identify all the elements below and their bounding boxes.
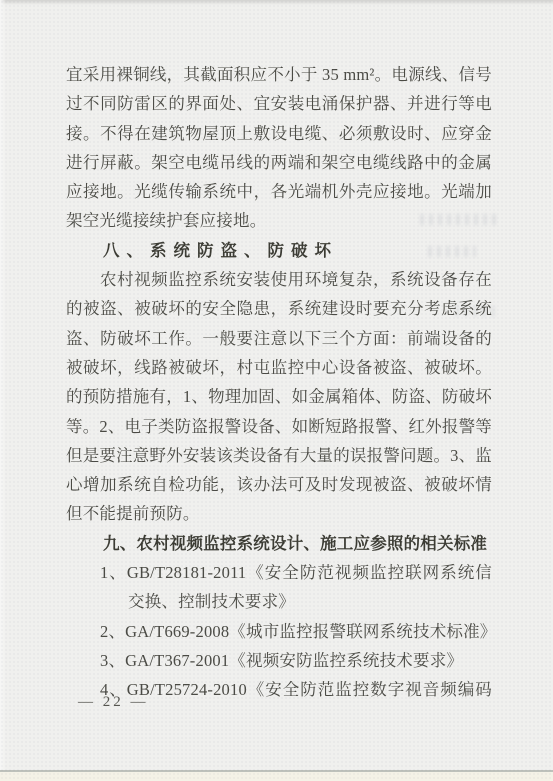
document-body: 宜采用裸铜线，其截面积应不小于 35 mm²。电源线、信号线经 过不同防雷区的界…: [66, 60, 492, 705]
text-line: 的预防措施有，1、物理加固、如金属箱体、防盗、防破坏锁具: [66, 382, 492, 411]
text-line: 但是要注意野外安装该类设备有大量的误报警问题。3、监控中: [66, 441, 492, 470]
text-line: 过不同防雷区的界面处、宜安装电涌保护器、并进行等电位连: [66, 89, 492, 118]
section-heading-8: 八、系统防盗、防破坏: [66, 236, 492, 265]
standards-list-item: 1、GB/T28181-2011《安全防范视频监控联网系统信息传输、: [66, 558, 492, 587]
standards-list: 1、GB/T28181-2011《安全防范视频监控联网系统信息传输、 交换、控制…: [66, 558, 492, 704]
text-line: 架空光缆接续护套应接地。: [66, 206, 492, 235]
scan-left-edge: [0, 0, 6, 781]
page-number: — 22 —: [78, 694, 149, 711]
text-line: 的被盗、被破坏的安全隐患，系统建设时要充分考虑系统的防: [66, 294, 492, 323]
section-heading-9: 九、农村视频监控系统设计、施工应参照的相关标准: [66, 529, 492, 558]
standards-list-item-continuation: 交换、控制技术要求》: [66, 587, 492, 616]
text-line: 农村视频监控系统安装使用环境复杂，系统设备存在一定: [66, 265, 492, 294]
scan-top-edge: [0, 0, 553, 5]
text-line: 等。2、电子类防盗报警设备、如断短路报警、红外报警等设备、: [66, 412, 492, 441]
paragraph-grounding: 宜采用裸铜线，其截面积应不小于 35 mm²。电源线、信号线经 过不同防雷区的界…: [66, 60, 492, 236]
text-line: 应接地。光缆传输系统中，各光端机外壳应接地。光端加强芯、: [66, 177, 492, 206]
standards-list-item: 3、GA/T367-2001《视频安防监控系统技术要求》: [66, 646, 492, 675]
text-line: 被破坏，线路被破坏，村屯监控中心设备被盗、被破坏。采用: [66, 353, 492, 382]
text-line: 接。不得在建筑物屋顶上敷设电缆、必须敷设时、应穿金属管: [66, 119, 492, 148]
text-line: 但不能提前预防。: [66, 499, 492, 528]
scanned-document-page: 宜采用裸铜线，其截面积应不小于 35 mm²。电源线、信号线经 过不同防雷区的界…: [0, 0, 553, 781]
text-line: 心增加系统自检功能，该办法可及时发现被盗、被破坏情况，: [66, 470, 492, 499]
text-line: 盗、防破坏工作。一般要注意以下三个方面：前端设备的被盗、: [66, 324, 492, 353]
scan-bottom-edge: [0, 770, 553, 781]
paragraph-anti-theft: 农村视频监控系统安装使用环境复杂，系统设备存在一定 的被盗、被破坏的安全隐患，系…: [66, 265, 492, 529]
text-line: 进行屏蔽。架空电缆吊线的两端和架空电缆线路中的金属管道: [66, 148, 492, 177]
text-line: 宜采用裸铜线，其截面积应不小于 35 mm²。电源线、信号线经: [66, 60, 492, 89]
standards-list-item: 2、GA/T669-2008《城市监控报警联网系统技术标准》: [66, 617, 492, 646]
